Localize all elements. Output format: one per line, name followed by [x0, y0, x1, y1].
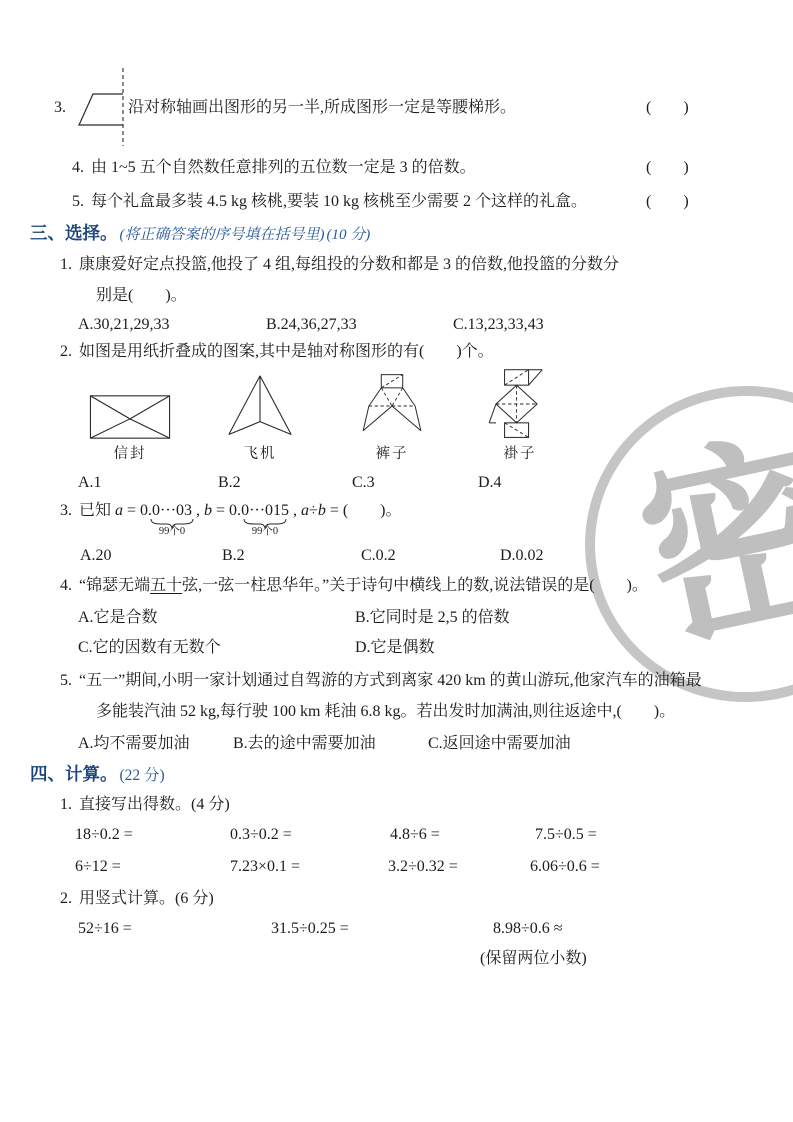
judge-item-5: 5.每个礼盒最多装 4.5 kg 核桃,要装 10 kg 核桃至少需要 2 个这…	[72, 191, 587, 213]
choice-q2-option-d: D.4	[478, 472, 502, 494]
choice-q3-brace-label-b: 99个0	[252, 526, 278, 537]
choice-q5-line1: 5.“五一”期间,小明一家计划通过自驾游的方式到离家 420 km 的黄山游玩,…	[60, 670, 702, 692]
choice-q3-option-a: A.20	[80, 545, 112, 567]
calc-eq-7: 3.2÷0.32 =	[388, 856, 458, 878]
calc-eq-6: 7.23×0.1 =	[230, 856, 300, 878]
choice-q5-line2: 多能装汽油 52 kg,每行驶 100 km 耗油 6.8 kg。若出发时加满油…	[96, 701, 675, 723]
figure-airplane-caption: 飞机	[222, 442, 298, 463]
figure-jacket-caption: 褂子	[482, 442, 558, 463]
choice-q4-line: 4.“锦瑟无端五十弦,一弦一柱思华年。”关于诗句中横线上的数,说法错误的是( )…	[60, 575, 648, 597]
choice-q3-option-d: D.0.02	[500, 545, 544, 567]
calc-part1-label: 直接写出得数。	[79, 796, 191, 813]
calc-eq-2: 0.3÷0.2 =	[230, 824, 292, 846]
choice-q3-div-sign: ÷	[309, 502, 318, 519]
figure-airplane: 飞机	[222, 374, 298, 463]
judge-item-4: 4.由 1~5 五个自然数任意排列的五位数一定是 3 的倍数。	[72, 157, 476, 179]
choice-q1-option-b: B.24,36,27,33	[266, 314, 357, 336]
choice-q4-options-row1: A.它是合数 B.它同时是 2,5 的倍数	[0, 607, 793, 631]
judge-item-4-answer-bracket: ( )	[646, 157, 689, 179]
calc-part2-label-line: 2.用竖式计算。(6 分)	[60, 888, 214, 910]
choice-q2-option-b: B.2	[218, 472, 241, 494]
folded-jacket-icon	[484, 368, 556, 440]
choice-q1-option-a: A.30,21,29,33	[78, 314, 170, 336]
choice-q1-option-c: C.13,23,33,43	[453, 314, 544, 336]
choice-q4-underlined-number: 五十	[150, 577, 182, 594]
choice-q4-option-c: C.它的因数有无数个	[78, 637, 221, 659]
calc-part1-score: (4 分)	[191, 796, 230, 813]
figure-jacket: 褂子	[482, 368, 558, 463]
choice-q2-option-c: C.3	[352, 472, 375, 494]
choice-q3-braced-b-group: 0···01599个0	[241, 500, 289, 522]
section-3-header: 三、选择。(将正确答案的序号填在括号里)(10 分)	[30, 222, 370, 246]
choice-q4-pre: “锦瑟无端	[79, 577, 150, 594]
choice-q3-var-a2: a	[301, 502, 309, 519]
choice-q4-number: 4.	[60, 577, 72, 594]
calc-part2-score: (6 分)	[175, 890, 214, 907]
choice-q3-intro: 已知	[79, 502, 115, 519]
calc-vertical-eq-2: 31.5÷0.25 =	[271, 918, 349, 940]
section-4-score: (22 分)	[120, 767, 165, 784]
choice-q3-comma-1: ,	[192, 502, 204, 519]
choice-q3-number: 3.	[60, 502, 72, 519]
choice-q3-brace-label-a: 99个0	[159, 526, 185, 537]
choice-q5-options-row: A.均不需要加油 B.去的途中需要加油 C.返回途中需要加油	[0, 733, 793, 757]
folded-pants-icon	[359, 372, 425, 440]
calc-part1-number: 1.	[60, 796, 72, 813]
calc-eq-4: 7.5÷0.5 =	[535, 824, 597, 846]
choice-q3-var-a: a	[115, 502, 123, 519]
figure-pants-caption: 裤子	[356, 442, 428, 463]
judge-item-3: 3.	[54, 97, 73, 119]
choice-q2-line: 2.如图是用纸折叠成的图案,其中是轴对称图形的有( )个。	[60, 341, 494, 363]
choice-q3-comma-2: ,	[289, 502, 301, 519]
choice-q2-option-a: A.1	[78, 472, 102, 494]
envelope-icon	[88, 394, 172, 440]
choice-q4-option-d: D.它是偶数	[355, 637, 435, 659]
choice-q5-number: 5.	[60, 672, 72, 689]
calc-part2-number: 2.	[60, 890, 72, 907]
choice-q3-eq-zero-1: = 0.	[123, 502, 152, 519]
judge-item-4-text: 由 1~5 五个自然数任意排列的五位数一定是 3 的倍数。	[91, 159, 476, 176]
choice-q3-eq-zero-2: = 0.	[212, 502, 241, 519]
choice-q3-tail: = ( )。	[326, 502, 402, 519]
confidential-stamp-circle: 密	[569, 370, 793, 718]
choice-q1-options-row: A.30,21,29,33 B.24,36,27,33 C.13,23,33,4…	[0, 314, 793, 338]
choice-q3-options-row: A.20 B.2 C.0.2 D.0.02	[0, 545, 793, 569]
choice-q3-var-b2: b	[318, 502, 326, 519]
choice-q3-option-c: C.0.2	[361, 545, 396, 567]
calc-eq-8: 6.06÷0.6 =	[530, 856, 600, 878]
calc-part2-row: 52÷16 = 31.5÷0.25 = 8.98÷0.6 ≈	[0, 918, 793, 942]
exam-paper-page: 密 3. 沿对称轴画出图形的另一半,所成图形一定是等腰梯形。 ( ) 4.由 1…	[0, 0, 793, 1122]
choice-q1-number: 1.	[60, 256, 72, 273]
choice-q5-option-c: C.返回途中需要加油	[428, 733, 571, 755]
calc-eq-3: 4.8÷6 =	[390, 824, 440, 846]
judge-item-5-text: 每个礼盒最多装 4.5 kg 核桃,要装 10 kg 核桃至少需要 2 个这样的…	[91, 193, 587, 210]
calc-part2-note: (保留两位小数)	[480, 948, 587, 970]
choice-q3-braced-a: 0···03	[152, 502, 192, 519]
section-4-header: 四、计算。(22 分)	[30, 763, 165, 787]
choice-q4-option-b: B.它同时是 2,5 的倍数	[355, 607, 510, 629]
figure-envelope: 信封	[86, 394, 174, 463]
judge-item-5-number: 5.	[72, 193, 84, 210]
figure-pants: 裤子	[356, 372, 428, 463]
section-3-subtitle: (将正确答案的序号填在括号里)	[120, 227, 325, 243]
calc-part1-row1: 18÷0.2 = 0.3÷0.2 = 4.8÷6 = 7.5÷0.5 =	[0, 824, 793, 848]
calc-vertical-eq-1: 52÷16 =	[78, 918, 132, 940]
choice-q3-braced-a-group: 0···0399个0	[152, 500, 192, 522]
calc-part1-label-line: 1.直接写出得数。(4 分)	[60, 794, 230, 816]
choice-q1-line1: 1.康康爱好定点投篮,他投了 4 组,每组投的分数和都是 3 的倍数,他投篮的分…	[60, 254, 619, 276]
section-4-title: 四、计算。	[30, 764, 118, 784]
choice-q5-option-a: A.均不需要加油	[78, 733, 190, 755]
choice-q2-number: 2.	[60, 343, 72, 360]
choice-q3-braced-b: 0···015	[241, 502, 289, 519]
section-3-title: 三、选择。	[30, 223, 118, 243]
choice-q3-line: 3.已知 a = 0.0···0399个0 , b = 0.0···01599个…	[60, 500, 402, 522]
choice-q1-text-line1: 康康爱好定点投篮,他投了 4 组,每组投的分数和都是 3 的倍数,他投篮的分数分	[79, 256, 619, 273]
calc-part2-label: 用竖式计算。	[79, 890, 175, 907]
choice-q1-line2: 别是( )。	[96, 285, 187, 307]
choice-q3-var-b: b	[204, 502, 212, 519]
figure-envelope-caption: 信封	[86, 442, 174, 463]
choice-q5-option-b: B.去的途中需要加油	[233, 733, 376, 755]
choice-q3-option-b: B.2	[222, 545, 245, 567]
judge-item-3-text: 沿对称轴画出图形的另一半,所成图形一定是等腰梯形。	[128, 97, 516, 119]
choice-q4-post: 弦,一弦一柱思华年。”关于诗句中横线上的数,说法错误的是( )。	[182, 577, 648, 594]
choice-q2-text: 如图是用纸折叠成的图案,其中是轴对称图形的有( )个。	[79, 343, 494, 360]
choice-q4-option-a: A.它是合数	[78, 607, 158, 629]
paper-airplane-icon	[223, 374, 297, 440]
choice-q2-options-row: A.1 B.2 C.3 D.4	[0, 472, 793, 496]
calc-eq-1: 18÷0.2 =	[75, 824, 133, 846]
judge-item-3-answer-bracket: ( )	[646, 97, 689, 119]
calc-part1-row2: 6÷12 = 7.23×0.1 = 3.2÷0.32 = 6.06÷0.6 =	[0, 856, 793, 880]
choice-q5-text-line1: “五一”期间,小明一家计划通过自驾游的方式到离家 420 km 的黄山游玩,他家…	[79, 672, 702, 689]
calc-vertical-eq-3: 8.98÷0.6 ≈	[493, 918, 563, 940]
judge-item-4-number: 4.	[72, 159, 84, 176]
judge-item-5-answer-bracket: ( )	[646, 191, 689, 213]
section-3-score: (10 分)	[327, 227, 371, 243]
choice-q4-options-row2: C.它的因数有无数个 D.它是偶数	[0, 637, 793, 661]
calc-eq-5: 6÷12 =	[75, 856, 121, 878]
judge-item-3-number: 3.	[54, 99, 66, 116]
